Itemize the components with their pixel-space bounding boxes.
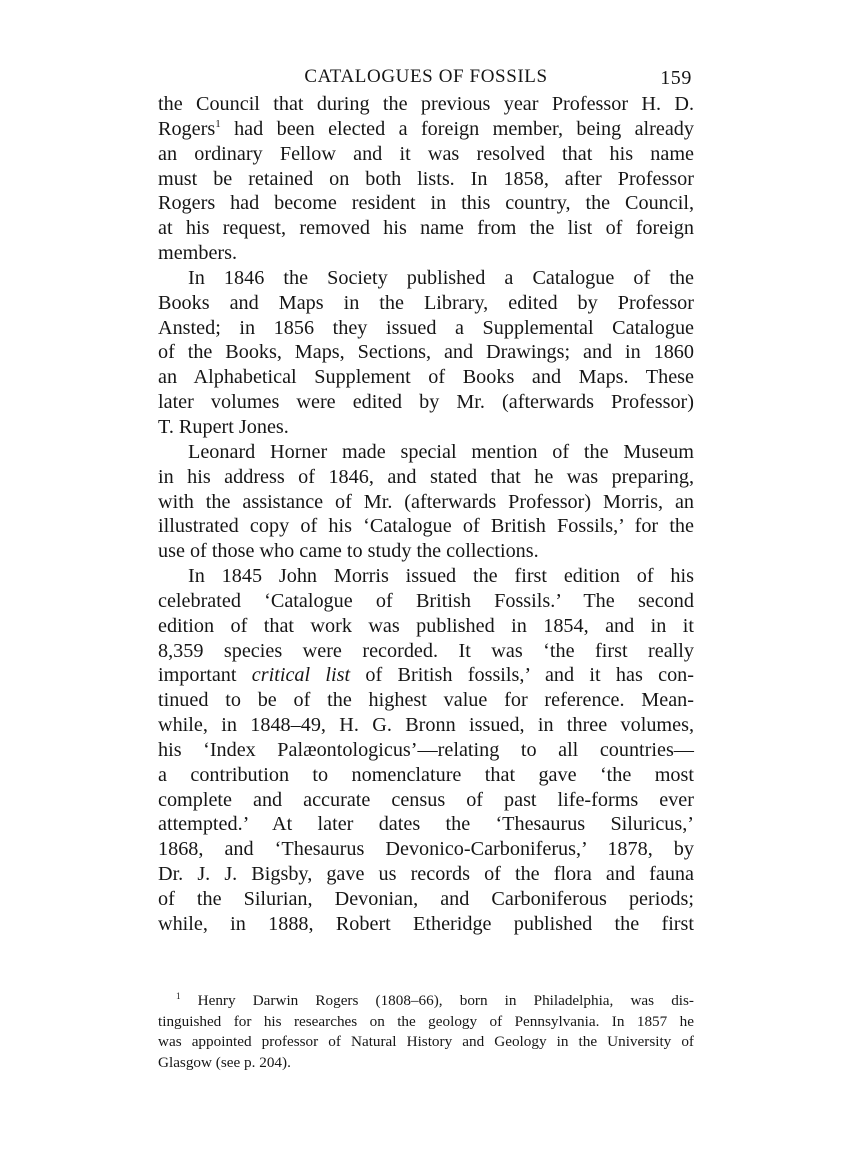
- footnote-marker: 1: [176, 991, 181, 1001]
- text-line: attempted.’ At later dates the ‘Thesauru…: [158, 812, 694, 837]
- footnote-reference[interactable]: 1: [215, 118, 221, 130]
- text-line: with the assistance of Mr. (afterwards P…: [158, 490, 694, 515]
- text-line: members.: [158, 241, 694, 266]
- text-line: illustrated copy of his ‘Catalogue of Br…: [158, 514, 694, 539]
- text-line: while, in 1888, Robert Etheridge publish…: [158, 912, 694, 937]
- page-number: 159: [660, 67, 692, 90]
- text-line: use of those who came to study the colle…: [158, 539, 694, 564]
- running-title: CATALOGUES OF FOSSILS: [158, 66, 694, 88]
- text-line: his ‘Index Palæontologicus’—relating to …: [158, 738, 694, 763]
- footnote-line: Glasgow (see p. 204).: [158, 1053, 694, 1074]
- text-line: an ordinary Fellow and it was resolved t…: [158, 142, 694, 167]
- text-line: Leonard Horner made special mention of t…: [158, 440, 694, 465]
- text-line: a contribution to nomenclature that gave…: [158, 763, 694, 788]
- footnote: 1 Henry Darwin Rogers (1808–66), born in…: [158, 991, 694, 1073]
- text-line: In 1846 the Society published a Catalogu…: [158, 266, 694, 291]
- text-line: Rogers1 had been elected a foreign membe…: [158, 117, 694, 142]
- text-line: celebrated ‘Catalogue of British Fossils…: [158, 589, 694, 614]
- footnote-line: was appointed professor of Natural Histo…: [158, 1032, 694, 1053]
- text-line: 1868, and ‘Thesaurus Devonico-Carbonifer…: [158, 837, 694, 862]
- text-line: Books and Maps in the Library, edited by…: [158, 291, 694, 316]
- footnote-line: 1 Henry Darwin Rogers (1808–66), born in…: [158, 991, 694, 1012]
- text-line: Dr. J. J. Bigsby, gave us records of the…: [158, 862, 694, 887]
- body-text: the Council that during the previous yea…: [158, 92, 694, 937]
- text-line: edition of that work was published in 18…: [158, 614, 694, 639]
- text-line: Ansted; in 1856 they issued a Supplement…: [158, 316, 694, 341]
- text-line: must be retained on both lists. In 1858,…: [158, 167, 694, 192]
- text-line: of the Silurian, Devonian, and Carbonife…: [158, 887, 694, 912]
- running-head: CATALOGUES OF FOSSILS 159: [158, 66, 694, 92]
- text-line: Rogers had become resident in this count…: [158, 191, 694, 216]
- text-line: tinued to be of the highest value for re…: [158, 688, 694, 713]
- text-line: complete and accurate census of past lif…: [158, 788, 694, 813]
- text-line: 8,359 species were recorded. It was ‘the…: [158, 639, 694, 664]
- text-line: in his address of 1846, and stated that …: [158, 465, 694, 490]
- footnote-line: tinguished for his researches on the geo…: [158, 1012, 694, 1033]
- text-line: the Council that during the previous yea…: [158, 92, 694, 117]
- text-line: while, in 1848–49, H. G. Bronn issued, i…: [158, 713, 694, 738]
- text-line: at his request, removed his name from th…: [158, 216, 694, 241]
- text-line: an Alphabetical Supplement of Books and …: [158, 365, 694, 390]
- text-line: In 1845 John Morris issued the first edi…: [158, 564, 694, 589]
- text-line: important critical list of British fossi…: [158, 663, 694, 688]
- text-line: later volumes were edited by Mr. (afterw…: [158, 390, 694, 415]
- text-line: of the Books, Maps, Sections, and Drawin…: [158, 340, 694, 365]
- text-line: T. Rupert Jones.: [158, 415, 694, 440]
- italic-phrase: critical list: [252, 664, 350, 686]
